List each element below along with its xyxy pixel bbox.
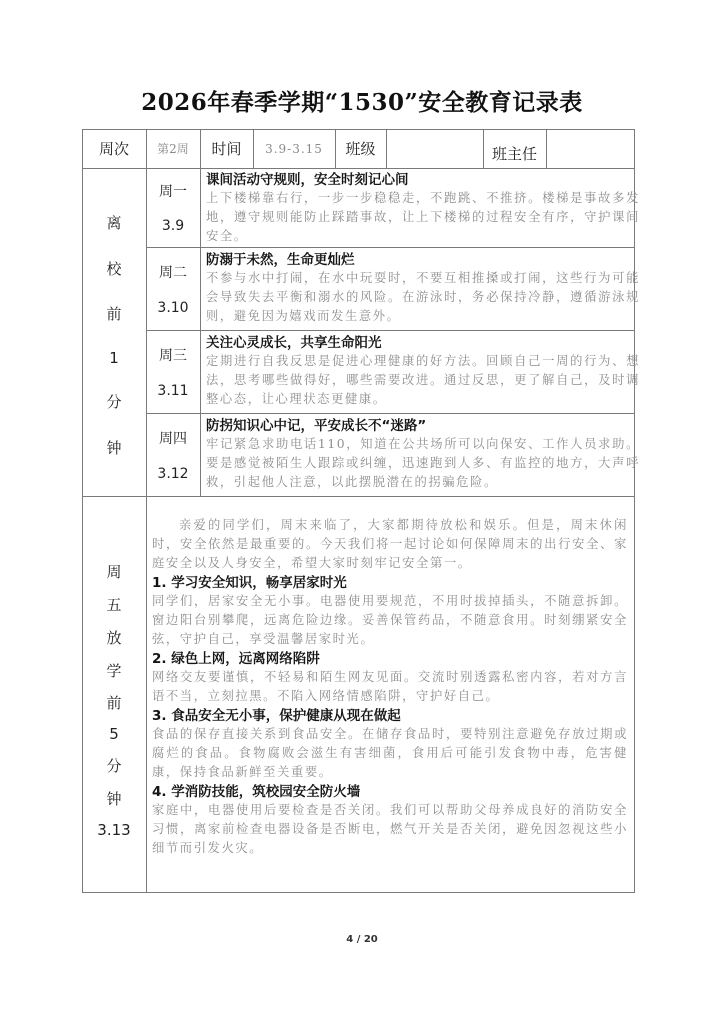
- label-char: 前: [106, 303, 121, 324]
- friday-content: 亲爱的同学们，周末来临了，大家都期待放松和娱乐。但是，周末休闲时，安全依然是最重…: [152, 516, 628, 858]
- label-char: 分: [106, 391, 121, 412]
- header-row-bottom: [82, 168, 635, 169]
- friday-item-body: 同学们，居家安全无小事。电器使用要规范，不用时拔掉插头，不随意拆卸。窗边阳台别攀…: [152, 592, 628, 649]
- teacher-label: 班主任: [483, 134, 546, 173]
- day-cell-wednesday: 周三 3.11: [146, 336, 200, 408]
- label-char: 5: [109, 725, 119, 743]
- label-char: 钟: [106, 437, 121, 458]
- class-value[interactable]: [386, 129, 483, 168]
- week-label: 周次: [82, 129, 146, 168]
- friday-item-heading: 3. 食品安全无小事，保护健康从现在做起: [152, 707, 628, 725]
- row-divider: [146, 330, 635, 331]
- topic-body: 定期进行自我反思是促进心理健康的好方法。回顾自己一周的行为、想法，思考哪些做得好…: [206, 352, 640, 409]
- section-divider: [82, 496, 635, 497]
- section-label-before-leave: 离 校 前 1 分 钟: [82, 200, 146, 470]
- topic-thursday: 防拐知识心中记，平安成长不“迷路” 牢记紧急求助电话110，知道在公共场所可以向…: [200, 417, 646, 492]
- col-divider: [146, 129, 147, 893]
- topic-body: 牢记紧急求助电话110，知道在公共场所可以向保安、工作人员求助。要是感觉被陌生人…: [206, 435, 640, 492]
- topic-monday: 课间活动守规则，安全时刻记心间 上下楼梯靠右行，一步一步稳稳走，不跑跳、不推挤。…: [200, 171, 646, 246]
- day-date: 3.11: [157, 383, 188, 399]
- label-char: 1: [109, 349, 119, 367]
- day-name: 周三: [159, 345, 187, 365]
- topic-title: 课间活动守规则，安全时刻记心间: [206, 171, 640, 189]
- label-char: 五: [106, 594, 121, 615]
- label-char: 3.13: [97, 821, 130, 839]
- day-cell-thursday: 周四 3.12: [146, 419, 200, 491]
- table-border-bottom: [82, 892, 635, 893]
- teacher-value[interactable]: [546, 129, 634, 168]
- class-label: 班级: [335, 129, 386, 168]
- day-cell-tuesday: 周二 3.10: [146, 253, 200, 325]
- day-name: 周一: [159, 181, 187, 201]
- friday-item-heading: 4. 学消防技能，筑校园安全防火墙: [152, 783, 628, 801]
- row-divider: [146, 413, 635, 414]
- friday-item-body: 家庭中，电器使用后要检查是否关闭。我们可以帮助父母养成良好的消防安全习惯，离家前…: [152, 801, 628, 858]
- topic-tuesday: 防溺于未然，生命更灿烂 不参与水中打闹，在水中玩耍时，不要互相推搡或打闹，这些行…: [200, 251, 646, 326]
- day-name: 周四: [159, 428, 187, 448]
- day-date: 3.9: [162, 218, 184, 234]
- label-char: 前: [106, 692, 121, 713]
- row-divider: [146, 247, 635, 248]
- day-cell-monday: 周一 3.9: [146, 172, 200, 242]
- topic-wednesday: 关注心灵成长，共享生命阳光 定期进行自我反思是促进心理健康的好方法。回顾自己一周…: [200, 334, 646, 409]
- friday-intro: 亲爱的同学们，周末来临了，大家都期待放松和娱乐。但是，周末休闲时，安全依然是最重…: [152, 516, 628, 573]
- label-char: 周: [106, 561, 121, 582]
- friday-item-body: 食品的保存直接关系到食品安全。在储存食品时，要特别注意避免存放过期或腐烂的食品。…: [152, 725, 628, 782]
- label-char: 离: [106, 212, 121, 233]
- topic-title: 防拐知识心中记，平安成长不“迷路”: [206, 417, 640, 435]
- friday-item-heading: 1. 学习安全知识，畅享居家时光: [152, 574, 628, 592]
- page-title: 2026年春季学期“1530”安全教育记录表: [0, 84, 724, 117]
- day-name: 周二: [159, 262, 187, 282]
- topic-body: 上下楼梯靠右行，一步一步稳稳走，不跑跳、不推挤。楼梯是事故多发地，遵守规则能防止…: [206, 189, 640, 246]
- friday-item-heading: 2. 绿色上网，远离网络陷阱: [152, 650, 628, 668]
- page-indicator: 4 / 20: [0, 934, 724, 945]
- day-date: 3.10: [157, 300, 188, 316]
- label-char: 分: [106, 755, 121, 776]
- label-char: 校: [106, 258, 121, 279]
- topic-body: 不参与水中打闹，在水中玩耍时，不要互相推搡或打闹，这些行为可能会导致失去平衡和溺…: [206, 269, 640, 326]
- time-value[interactable]: 3.9-3.15: [253, 129, 335, 168]
- label-char: 学: [106, 660, 121, 681]
- day-date: 3.12: [157, 466, 188, 482]
- topic-title: 关注心灵成长，共享生命阳光: [206, 334, 640, 352]
- label-char: 钟: [106, 788, 121, 809]
- label-char: 放: [106, 627, 121, 648]
- section-label-friday: 周 五 放 学 前 5 分 钟 3.13: [82, 555, 146, 845]
- time-label: 时间: [200, 129, 253, 168]
- friday-item-body: 网络交友要谨慎，不轻易和陌生网友见面。交流时别透露私密内容，若对方言语不当，立刻…: [152, 668, 628, 706]
- topic-title: 防溺于未然，生命更灿烂: [206, 251, 640, 269]
- week-value[interactable]: 第2周: [146, 129, 200, 168]
